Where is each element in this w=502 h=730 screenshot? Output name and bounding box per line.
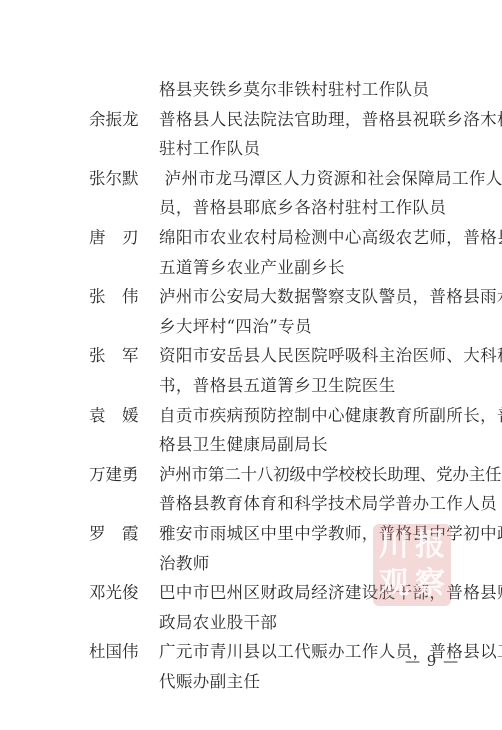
- description-line: 驻村工作队员: [159, 134, 502, 164]
- personnel-entry: 邓光俊 巴中市巴州区财政局经济建设股干部，普格县财 政局农业股干部: [89, 578, 469, 637]
- description-line: 自贡市疾病预防控制中心健康教育所副所长，普: [159, 401, 502, 431]
- description-line: 泸州市公安局大数据警察支队警员，普格县雨水: [159, 282, 502, 312]
- entry-name: 邓光俊: [89, 578, 159, 608]
- description-line: 治教师: [159, 549, 502, 579]
- personnel-entry: 袁 媛 自贡市疾病预防控制中心健康教育所副所长，普 格县卫生健康局副局长: [89, 401, 469, 460]
- entry-description: 格县夹铁乡莫尔非铁村驻村工作队员: [159, 75, 469, 105]
- personnel-entry: 余振龙 普格县人民法院法官助理，普格县祝联乡洛木村 驻村工作队员: [89, 105, 469, 164]
- description-line: 绵阳市农业农村局检测中心高级农艺师，普格县: [159, 223, 502, 253]
- description-line: 普格县人民法院法官助理，普格县祝联乡洛木村: [159, 105, 502, 135]
- page-number: — 9 —: [405, 652, 459, 670]
- entry-description: 巴中市巴州区财政局经济建设股干部，普格县财 政局农业股干部: [159, 578, 502, 637]
- personnel-entry: 罗 霞 雅安市雨城区中里中学教师，普格县中学初中政 治教师: [89, 519, 469, 578]
- entry-description: 泸州市公安局大数据警察支队警员，普格县雨水 乡大坪村“四治”专员: [159, 282, 502, 341]
- description-line: 普格县教育体育和科学技术局学普办工作人员: [159, 489, 502, 519]
- personnel-entry: 唐 刃 绵阳市农业农村局检测中心高级农艺师，普格县 五道箐乡农业产业副乡长: [89, 223, 469, 282]
- entry-name: 袁 媛: [89, 401, 159, 431]
- entry-description: 普格县人民法院法官助理，普格县祝联乡洛木村 驻村工作队员: [159, 105, 502, 164]
- entry-name: 杜国伟: [89, 637, 159, 667]
- description-line: 格县夹铁乡莫尔非铁村驻村工作队员: [159, 75, 469, 105]
- entry-name: 张 军: [89, 341, 159, 371]
- description-line: 泸州市第二十八初级中学校校长助理、党办主任，: [159, 460, 502, 490]
- entry-name: 张尔默: [89, 164, 159, 194]
- continuation-entry: 格县夹铁乡莫尔非铁村驻村工作队员: [89, 75, 469, 105]
- personnel-entry: 张 军 资阳市安岳县人民医院呼吸科主治医师、大科秘 书，普格县五道箐乡卫生院医生: [89, 341, 469, 400]
- entry-description: 资阳市安岳县人民医院呼吸科主治医师、大科秘 书，普格县五道箐乡卫生院医生: [159, 341, 502, 400]
- description-line: 雅安市雨城区中里中学教师，普格县中学初中政: [159, 519, 502, 549]
- description-line: 政局农业股干部: [159, 608, 502, 638]
- entry-name: 万建勇: [89, 460, 159, 490]
- description-line: 资阳市安岳县人民医院呼吸科主治医师、大科秘: [159, 341, 502, 371]
- entry-description: 自贡市疾病预防控制中心健康教育所副所长，普 格县卫生健康局副局长: [159, 401, 502, 460]
- entry-description: 绵阳市农业农村局检测中心高级农艺师，普格县 五道箐乡农业产业副乡长: [159, 223, 502, 282]
- description-line: 代赈办副主任: [159, 667, 502, 697]
- description-line: 巴中市巴州区财政局经济建设股干部，普格县财: [159, 578, 502, 608]
- description-line: 书，普格县五道箐乡卫生院医生: [159, 371, 502, 401]
- description-line: 员，普格县耶底乡各洛村驻村工作队员: [159, 193, 502, 223]
- entry-description: 泸州市龙马潭区人力资源和社会保障局工作人 员，普格县耶底乡各洛村驻村工作队员: [159, 164, 502, 223]
- document-page: 格县夹铁乡莫尔非铁村驻村工作队员 余振龙 普格县人民法院法官助理，普格县祝联乡洛…: [0, 0, 502, 730]
- personnel-list: 格县夹铁乡莫尔非铁村驻村工作队员 余振龙 普格县人民法院法官助理，普格县祝联乡洛…: [89, 75, 469, 696]
- description-line: 乡大坪村“四治”专员: [159, 312, 502, 342]
- entry-description: 泸州市第二十八初级中学校校长助理、党办主任， 普格县教育体育和科学技术局学普办工…: [159, 460, 502, 519]
- entry-name: 张 伟: [89, 282, 159, 312]
- personnel-entry: 张 伟 泸州市公安局大数据警察支队警员，普格县雨水 乡大坪村“四治”专员: [89, 282, 469, 341]
- entry-name: 余振龙: [89, 105, 159, 135]
- entry-description: 雅安市雨城区中里中学教师，普格县中学初中政 治教师: [159, 519, 502, 578]
- personnel-entry: 张尔默 泸州市龙马潭区人力资源和社会保障局工作人 员，普格县耶底乡各洛村驻村工作…: [89, 164, 469, 223]
- description-line: 泸州市龙马潭区人力资源和社会保障局工作人: [159, 164, 502, 194]
- personnel-entry: 万建勇 泸州市第二十八初级中学校校长助理、党办主任， 普格县教育体育和科学技术局…: [89, 460, 469, 519]
- description-line: 格县卫生健康局副局长: [159, 430, 502, 460]
- entry-name: 唐 刃: [89, 223, 159, 253]
- entry-name: 罗 霞: [89, 519, 159, 549]
- description-line: 五道箐乡农业产业副乡长: [159, 253, 502, 283]
